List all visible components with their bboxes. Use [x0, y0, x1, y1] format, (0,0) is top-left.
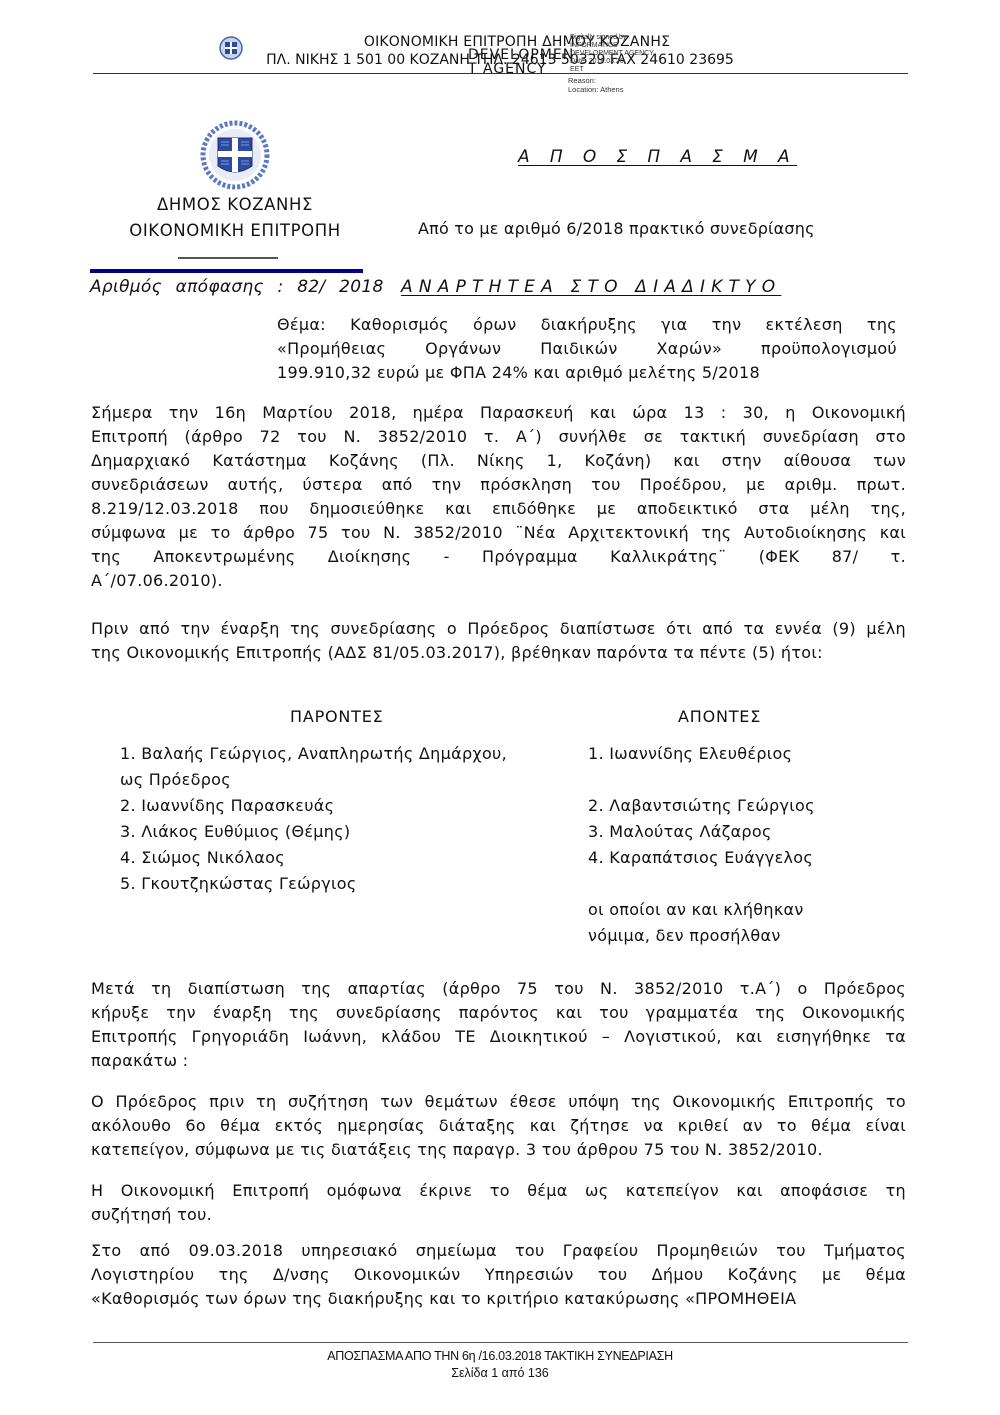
signature-overlay-details: Digitally signed byINFORMATICSDEVELOPMEN…	[570, 34, 654, 74]
text-line: Πριν από την έναρξη της συνεδρίασης ο Πρ…	[91, 617, 906, 641]
signature-line: INFORMATICS	[570, 42, 654, 50]
subject-paragraph: Θέμα: Καθορισμός όρων διακήρυξης για την…	[277, 313, 897, 385]
text-line: Σήμερα την 16η Μαρτίου 2018, ημέρα Παρασ…	[91, 401, 906, 425]
signature-overlay-reason: Reason: Location: Athens	[568, 76, 623, 94]
urgent-topic-paragraph: Ο Πρόεδρος πριν τη συζήτηση των θεμάτων …	[91, 1090, 906, 1162]
text-line: κήρυξε την έναρξη της συνεδρίασης παρόντ…	[91, 1001, 906, 1025]
text-line: της Αποκεντρωμένης Διοίκησης - Πρόγραμμα…	[91, 545, 906, 569]
text-line: συνεδριάσεων αυτής, ύστερα από την πρόσκ…	[91, 473, 906, 497]
signature-line: Date: 2018.03.26	[570, 58, 654, 66]
text-line: Μετά τη διαπίστωση της απαρτίας (άρθρο 7…	[91, 977, 906, 1001]
text-line: «Προμήθειας Οργάνων Παιδικών Χαρών» προϋ…	[277, 337, 897, 361]
absent-members-list: 1. Ιωαννίδης Ελευθέριος2. Λαβαντσιώτης Γ…	[588, 741, 815, 871]
urgency-decision-paragraph: Η Οικονομική Επιτροπή ομόφωνα έκρινε το …	[91, 1179, 906, 1227]
header-rule	[93, 73, 908, 74]
committee-name: ΟΙΚΟΝΟΜΙΚΗ ΕΠΙΤΡΟΠΗ	[90, 221, 380, 240]
text-line: Δημαρχιακό Κατάστημα Κοζάνης (Πλ. Νίκης …	[91, 449, 906, 473]
signature-line: DEVELOPMENT AGENCY	[570, 50, 654, 58]
minutes-reference: Από το με αριθμό 6/2018 πρακτικό συνεδρί…	[418, 219, 815, 238]
session-opening-paragraph: Μετά τη διαπίστωση της απαρτίας (άρθρο 7…	[91, 977, 906, 1073]
document-type-title: Α Π Ο Σ Π Α Σ Μ Α	[518, 147, 797, 167]
text-line: Επιτροπής Γρηγοριάδη Ιωάννη, κλάδου ΤΕ Δ…	[91, 1025, 906, 1049]
text-line: συζήτησή του.	[91, 1203, 906, 1227]
text-line: κατεπείγον, σύμφωνα με τις διατάξεις της…	[91, 1138, 906, 1162]
present-heading: ΠΑΡΟΝΤΕΣ	[290, 707, 384, 726]
municipality-name: ΔΗΜΟΣ ΚΟΖΑΝΗΣ	[90, 195, 380, 214]
list-item: 2. Λαβαντσιώτης Γεώργιος	[588, 793, 815, 819]
publish-notice: ΑΝΑΡΤΗΤΕΑ ΣΤΟ ΔΙΑΔΙΚΤΥΟ	[401, 277, 781, 297]
text-line: 8.219/12.03.2018 που δημοσιεύθηκε και επ…	[91, 497, 906, 521]
list-item: 3. Μαλούτας Λάζαρος	[588, 819, 815, 845]
present-members-list: 1. Βαλαής Γεώργιος, Αναπληρωτής Δημάρχου…	[120, 741, 507, 897]
blue-divider	[90, 269, 363, 273]
list-item	[588, 767, 815, 793]
list-item: 1. Ιωαννίδης Ελευθέριος	[588, 741, 815, 767]
coat-of-arms-icon	[200, 120, 270, 190]
text-line: «Καθορισμός των όρων της διακήρυξης και …	[91, 1287, 906, 1311]
text-line: παρακάτω :	[91, 1049, 906, 1073]
text-line: Η Οικονομική Επιτροπή ομόφωνα έκρινε το …	[91, 1179, 906, 1203]
absent-heading: ΑΠΟΝΤΕΣ	[678, 707, 761, 726]
list-item: 3. Λιάκος Ευθύμιος (Θέμης)	[120, 819, 507, 845]
list-item: 5. Γκουτζηκώστας Γεώργιος	[120, 871, 507, 897]
signature-overlay-org: DEVELOPMEN T AGENCY	[468, 48, 574, 76]
text-line: 199.910,32 ευρώ με ΦΠΑ 24% και αριθμό με…	[277, 361, 897, 385]
text-line: Λογιστηρίου της Δ/νσης Οικονομικών Υπηρε…	[91, 1263, 906, 1287]
list-item: 4. Σιώμος Νικόλαος	[120, 845, 507, 871]
signature-line: Digitally signed by	[570, 34, 654, 42]
list-item: 4. Καραπάτσιος Ευάγγελος	[588, 845, 815, 871]
absent-note: οι οποίοι αν και κλήθηκαν νόμιμα, δεν πρ…	[588, 897, 804, 949]
list-item: 1. Βαλαής Γεώργιος, Αναπληρωτής Δημάρχου…	[120, 741, 507, 767]
footer-rule	[93, 1342, 908, 1343]
text-line: σύμφωνα με το άρθρο 75 του Ν. 3852/2010 …	[91, 521, 906, 545]
text-line: Στο από 09.03.2018 υπηρεσιακό σημείωμα τ…	[91, 1239, 906, 1263]
text-line: της Οικονομικής Επιτροπής (ΑΔΣ 81/05.03.…	[91, 641, 906, 665]
text-line: Α΄/07.06.2010).	[91, 569, 906, 593]
decision-number: Αριθμός απόφασης : 82/ 2018	[90, 277, 384, 297]
text-line: ακόλουθο 6ο θέμα εκτός ημερησίας διάταξη…	[91, 1114, 906, 1138]
text-line: Ο Πρόεδρος πριν τη συζήτηση των θεμάτων …	[91, 1090, 906, 1114]
text-line: Θέμα: Καθορισμός όρων διακήρυξης για την…	[277, 313, 897, 337]
list-item: ως Πρόεδρος	[120, 767, 507, 793]
service-memo-paragraph: Στο από 09.03.2018 υπηρεσιακό σημείωμα τ…	[91, 1239, 906, 1311]
footer-title: ΑΠΟΣΠΑΣΜΑ ΑΠΟ ΤΗΝ 6η /16.03.2018 ΤΑΚΤΙΚΗ…	[0, 1349, 1000, 1363]
short-divider	[178, 257, 278, 259]
page-number: Σελίδα 1 από 136	[0, 1366, 1000, 1380]
meeting-intro-paragraph: Σήμερα την 16η Μαρτίου 2018, ημέρα Παρασ…	[91, 401, 906, 593]
quorum-paragraph: Πριν από την έναρξη της συνεδρίασης ο Πρ…	[91, 617, 906, 665]
text-line: Επιτροπή (άρθρο 72 του Ν. 3852/2010 τ. Α…	[91, 425, 906, 449]
list-item: 2. Ιωαννίδης Παρασκευάς	[120, 793, 507, 819]
